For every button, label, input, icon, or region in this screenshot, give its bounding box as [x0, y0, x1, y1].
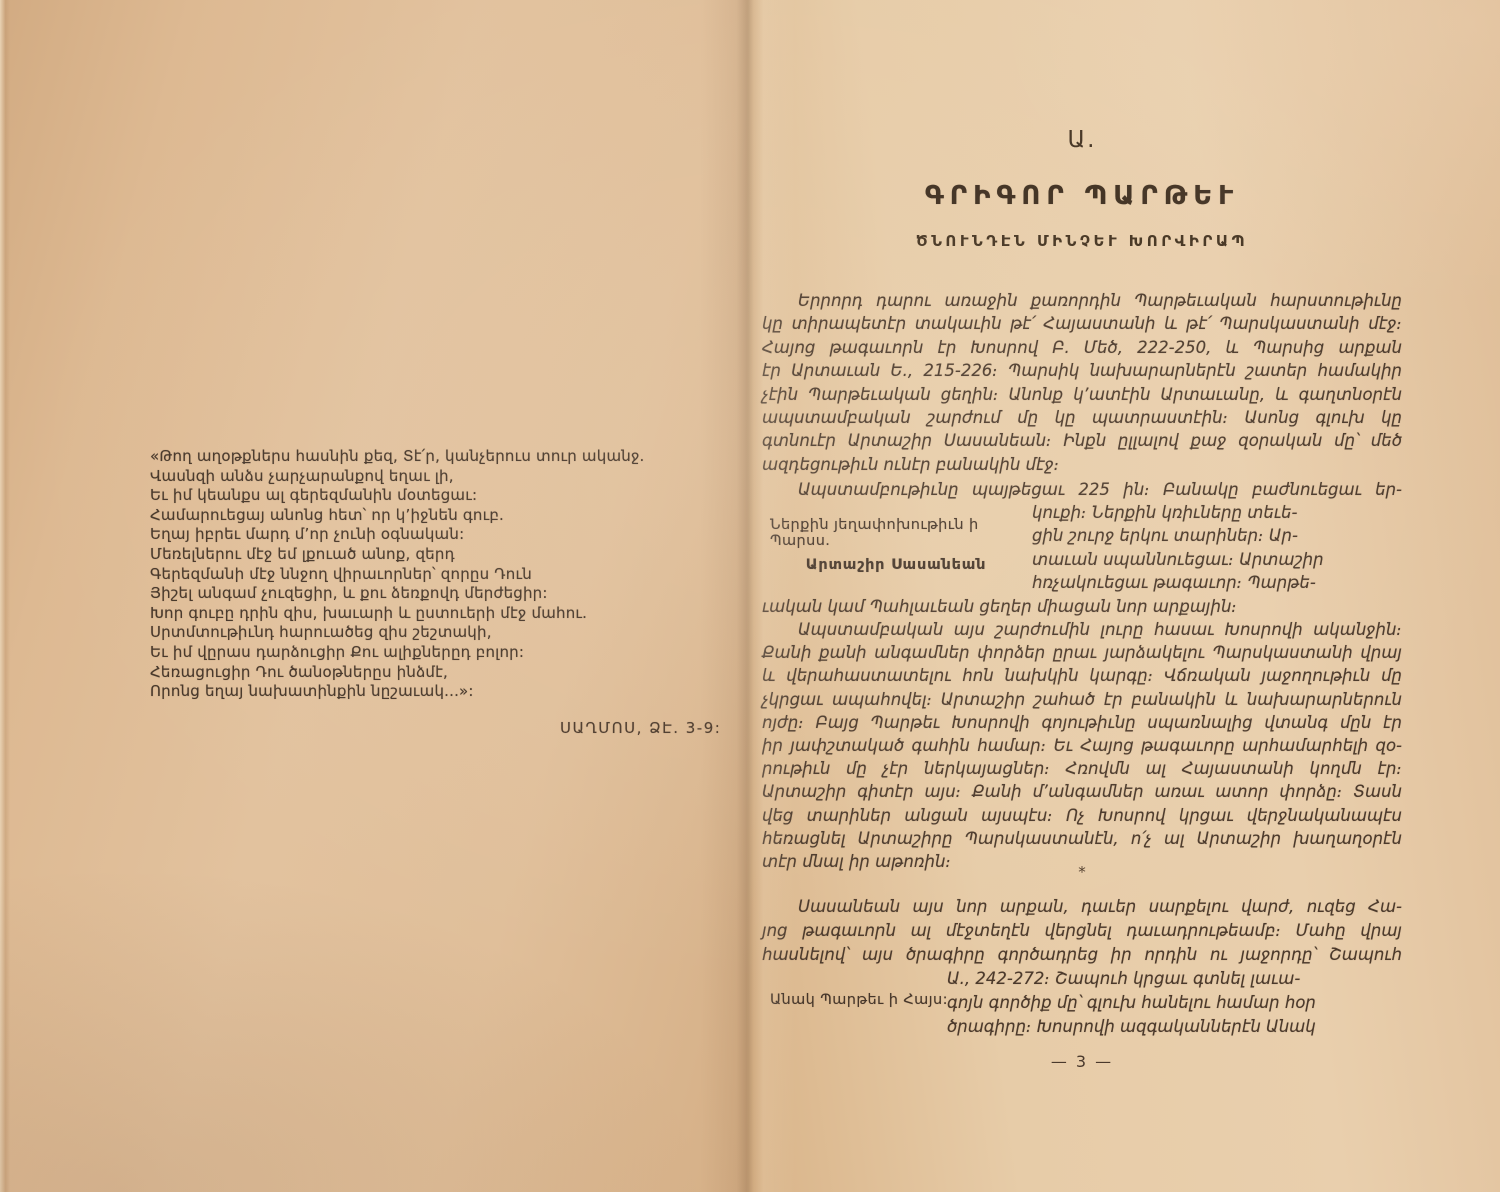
poem-line: Սրտմտութիւնդ հարուածեց զիս շեշտակի, — [150, 623, 620, 643]
chapter-subtitle: ԾՆՈՒՆԴԷՆ ՄԻՆՉԵՒ ԽՈՐՎԻՐԱՊ — [762, 232, 1402, 250]
poem-line: Եւ իմ կեանքս ալ գերեզմանին մօտեցաւ: — [150, 486, 620, 506]
section-number: Ա. — [762, 127, 1402, 153]
column-line: գոյն գործիք մը՝ գլուխ հանելու համար հօր — [947, 991, 1316, 1015]
body-line: Քանի քանի անգամներ փորձեր ըրաւ յարձակելո… — [762, 641, 1402, 664]
right-page: Ա. ԳՐԻԳՈՐ ՊԱՐԹԵՒ ԾՆՈՒՆԴԷՆ ՄԻՆՉԵՒ ԽՈՐՎԻՐԱ… — [747, 0, 1500, 1192]
body-line: չկրցաւ ապահովել։ Արտաշիր շահած էր բանակի… — [762, 688, 1402, 711]
paragraph-2-intro: Ապստամբութիւնը պայթեցաւ 225 ին։ Բանակը բ… — [762, 478, 1402, 501]
body-line: րութիւն մը չէր ներկայացներ։ Հռովմն ալ Հա… — [762, 757, 1402, 780]
poem-line: Մեռելներու մէջ եմ լքուած անոք, զերդ — [150, 545, 620, 565]
margin-note-line: Ներքին յեղափոխութիւն ի Պարսս. — [770, 517, 1022, 549]
paragraph-1: Երրորդ դարու առաջին քառորդին Պարթեւական … — [762, 289, 1402, 476]
body-line: Արտաշիր գիտէր այս։ Քանի մ՚անգամներ առաւ … — [762, 780, 1402, 803]
body-line: ոյժը։ Բայց Պարթեւ Խոսրովի գոյութիւնը սպա… — [762, 711, 1402, 734]
body-line: Հայոց թագաւորն էր Խոսրով Բ. Մեծ, 222-250… — [762, 336, 1402, 359]
margin-note-anak: Անակ Պարթեւ ի Հայս: — [770, 992, 948, 1008]
poem-line: «Թող աղօթքներս հասնին քեզ, Տէ՛ր, կանչերո… — [150, 447, 620, 467]
psalm-attribution: ՍԱՂՄՈՍ, ՁԷ. 3-9: — [560, 719, 721, 737]
paragraph-3: Ապստամբական այս շարժումին լուրը հասաւ Խո… — [762, 618, 1402, 873]
poem-line: Յիշել անգամ չուզեցիր, և քու ձեռքովդ մերժ… — [150, 584, 620, 604]
left-page: «Թող աղօթքներս հասնին քեզ, Տէ՛ր, կանչերո… — [0, 0, 747, 1192]
body-line: ւական կամ Պահլաւեան ցեղեր միացան նոր արք… — [762, 595, 1402, 618]
poem-line: Համարուեցայ անոնց հետ՝ որ կ՚իջնեն գուբ. — [150, 506, 620, 526]
body-line: չէին Պարթեւական ցեղին։ Անոնք կ՚ատէին Արտ… — [762, 383, 1402, 406]
paragraph-4-column: Ա., 242-272։ Շապուհ կրցաւ գտնել լաւա- գո… — [947, 967, 1316, 1039]
column-line: ծրագիրը։ Խոսրովի ազգականներէն Անակ — [947, 1015, 1316, 1039]
paragraph-2-column: կուքի։ Ներքին կռիւները տեւե- ցին շուրջ ե… — [1032, 501, 1324, 595]
page-number: — 3 — — [762, 1052, 1402, 1071]
body-line: վեց տարիներ անցան այսպէս։ Ոչ Խոսրով կրցա… — [762, 804, 1402, 827]
poem-line: Վասնզի անձս չարչարանքով եղաւ լի, — [150, 467, 620, 487]
margin-note-line: Արտաշիր Սասանեան — [770, 557, 1022, 573]
poem-line: Գերեզմանի մէջ ննջող վիրաւորներ՝ զորըս Դո… — [150, 565, 620, 585]
column-line: կուքի։ Ներքին կռիւները տեւե- — [1032, 501, 1324, 524]
body-line: կը տիրապետէր տակաւին թէ՛ Հայաստանի և թէ՛… — [762, 312, 1402, 335]
body-line: ազդեցութիւն ունէր բանակին մէջ։ — [762, 453, 1402, 476]
body-line: իր յափշտակած գահին համար։ Եւ Հայոց թագաւ… — [762, 734, 1402, 757]
body-line: Երրորդ դարու առաջին քառորդին Պարթեւական … — [762, 289, 1402, 312]
body-line: Ապստամբութիւնը պայթեցաւ 225 ին։ Բանակը բ… — [762, 478, 1402, 501]
body-line: Սասանեան այս նոր արքան, դաւեր սարքելու վ… — [762, 895, 1402, 919]
column-line: Ա., 242-272։ Շապուհ կրցաւ գտնել լաւա- — [947, 967, 1316, 991]
psalm-quote: «Թող աղօթքներս հասնին քեզ, Տէ՛ր, կանչերո… — [150, 447, 620, 702]
body-line: յոց թագաւորն ալ մէջտեղէն վերցնել դաւադրո… — [762, 919, 1402, 943]
paragraph-2-close: ւական կամ Պահլաւեան ցեղեր միացան նոր արք… — [762, 595, 1402, 618]
body-line: էր Արտաւան Ե., 215-226։ Պարսիկ նախարարնե… — [762, 359, 1402, 382]
body-line: և վերահաստատելու հոն նախկին կարգը։ Վճռակ… — [762, 664, 1402, 687]
book-scan: «Թող աղօթքներս հասնին քեզ, Տէ՛ր, կանչերո… — [0, 0, 1500, 1192]
column-line: ցին շուրջ երկու տարիներ։ Ար- — [1032, 524, 1324, 547]
paragraph-4: Սասանեան այս նոր արքան, դաւեր սարքելու վ… — [762, 895, 1402, 968]
poem-line: Խոր գուբը դրին զիս, խաւարի և ըստուերի մէ… — [150, 604, 620, 624]
poem-line: Որոնց եղայ նախատինքին նըշաւակ...»: — [150, 682, 620, 702]
poem-line: Եղայ իբրեւ մարդ մ՚որ չունի օգնական: — [150, 525, 620, 545]
body-line: հեռացնել Արտաշիրը Պարսկաստանէն, ո՛չ ալ Ա… — [762, 827, 1402, 850]
poem-line: Հեռացուցիր Դու ծանօթներըս ինձմէ, — [150, 663, 620, 683]
poem-line: Եւ իմ վըրաս դարձուցիր Քու ալիքներըդ բոլո… — [150, 643, 620, 663]
section-separator: * — [762, 863, 1402, 881]
column-line: տաւան սպաննուեցաւ։ Արտաշիր — [1032, 548, 1324, 571]
chapter-title: ԳՐԻԳՈՐ ՊԱՐԹԵՒ — [762, 181, 1402, 211]
body-line: ապստամբական շարժում մը կը պատրաստէին։ Աս… — [762, 406, 1402, 429]
column-line: հռչակուեցաւ թագաւոր։ Պարթե- — [1032, 571, 1324, 594]
body-line: Ապստամբական այս շարժումին լուրը հասաւ Խո… — [762, 618, 1402, 641]
body-line: հասնելով՝ այս ծրագիրը գործադրեց իր որդին… — [762, 943, 1402, 967]
body-line: գտնուէր Արտաշիր Սասանեան։ Ինքն ըլլալով ք… — [762, 429, 1402, 452]
margin-note-persia: Ներքին յեղափոխութիւն ի Պարսս. Արտաշիր Սա… — [770, 517, 1022, 573]
